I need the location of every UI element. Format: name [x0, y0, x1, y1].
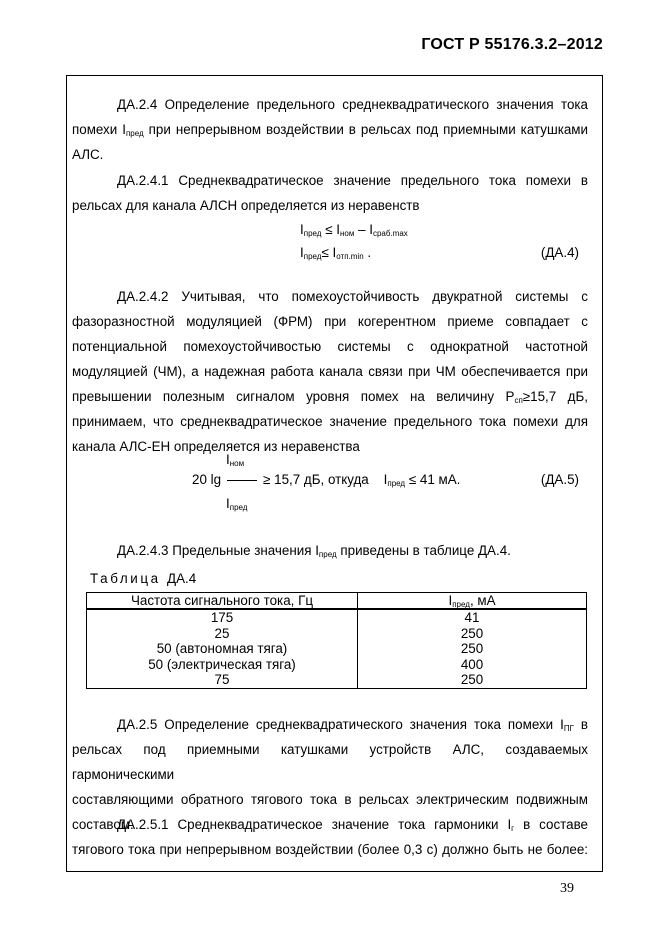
- section-2-4-1: ДА.2.4.1 Среднеквадратическое значение п…: [72, 168, 588, 218]
- table-header-row: Частота сигнального тока, Гц Iпред, мА: [87, 593, 587, 610]
- section-2-4-2: ДА.2.4.2 Учитывая, что помехоустойчивост…: [72, 284, 588, 459]
- equation-number-da5: (ДА.5): [541, 472, 579, 487]
- header-current: Iпред, мА: [358, 593, 587, 610]
- header-frequency: Частота сигнального тока, Гц: [87, 593, 358, 610]
- table-row: 75250: [87, 672, 587, 688]
- section-2-4-3: ДА.2.4.3 Предельные значения Iпред приве…: [72, 538, 588, 563]
- formula-da5: 20 lg≥ 15,7 дБ, откуда Iпред ≤ 41 мА.: [192, 472, 460, 487]
- table-row: 25250: [87, 626, 587, 642]
- formula-limit-1: Iпред ≤ Iном – Iсраб.max: [300, 222, 408, 237]
- formula-denominator: Iпред: [226, 496, 247, 511]
- table-row: 50 (автономная тяга)250: [87, 641, 587, 657]
- page-number: 39: [560, 881, 574, 897]
- equation-number-da4: (ДА.4): [541, 245, 579, 260]
- formula-numerator: Iном: [226, 452, 244, 467]
- table-row: 17541: [87, 609, 587, 626]
- section-2-4: ДА.2.4 Определение предельного среднеква…: [72, 92, 588, 167]
- section-2-5-1: ДА.2.5.1 Среднеквадратическое значение т…: [72, 812, 588, 862]
- document-code: ГОСТ Р 55176.3.2–2012: [421, 36, 603, 54]
- table-row: 50 (электрическая тяга)400: [87, 657, 587, 673]
- table-caption: Таблица ДА.4: [90, 571, 196, 586]
- limit-current-table: Частота сигнального тока, Гц Iпред, мА 1…: [86, 592, 587, 689]
- formula-limit-2: Iпред≤ Iотп.min .: [300, 245, 371, 260]
- fraction-bar: [227, 480, 257, 481]
